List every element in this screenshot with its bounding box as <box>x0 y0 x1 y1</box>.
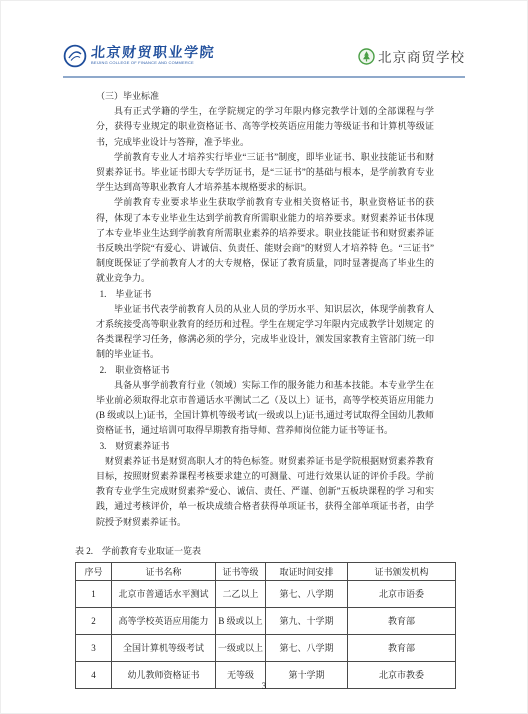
paragraph-certificate-requirements: 学前教育专业要求毕业生获取学前教育专业相关资格证书，职业资格证书的获得，体现了本… <box>96 195 434 286</box>
document-page: 北京财贸职业学院 BEIJING COLLEGE OF FINANCE AND … <box>0 0 528 714</box>
table-cell: 二乙以上 <box>216 580 266 607</box>
paragraph-vocational: 具备从事学前教育行业（领域）实际工作的服务能力和基本技能。本专业学生在毕业前必须… <box>96 378 434 439</box>
certificates-table: 序号 证书名称 证书等级 取证时间安排 证书颁发机构 1 北京市普通话水平测试 … <box>75 562 456 689</box>
table-cell: 高等学校英语应用能力 <box>112 607 216 634</box>
section-heading: （三）毕业标准 <box>96 89 434 104</box>
numbered-heading-caimao: 3. 财贸素养证书 <box>96 439 434 454</box>
table-cell: B 级或以上 <box>216 607 266 634</box>
numbered-heading-vocational: 2. 职业资格证书 <box>96 363 434 378</box>
table-cell: 2 <box>76 607 112 634</box>
table-cell: 1 <box>76 580 112 607</box>
table-header-row: 序号 证书名称 证书等级 取证时间安排 证书颁发机构 <box>76 562 456 580</box>
table-row: 2 高等学校英语应用能力 B 级或以上 第九、十学期 教育部 <box>76 607 456 634</box>
table-caption: 表 2. 学前教育专业取证一览表 <box>75 544 455 557</box>
table-cell: 北京市语委 <box>348 580 456 607</box>
page-header: 北京财贸职业学院 BEIJING COLLEGE OF FINANCE AND … <box>63 39 465 78</box>
college-logo-text: 北京财贸职业学院 BEIJING COLLEGE OF FINANCE AND … <box>91 46 297 66</box>
document-body: （三）毕业标准 具有正式学籍的学生，在学院规定的学习年限内修完教学计划的全部课程… <box>75 89 455 689</box>
table-header-cell: 证书颁发机构 <box>348 562 456 580</box>
table-row: 1 北京市普通话水平测试 二乙以上 第七、八学期 北京市语委 <box>76 580 456 607</box>
college-seal-icon <box>63 44 87 68</box>
paragraph-diploma: 毕业证书代表学前教育人员的从业人员的学历水平、知识层次，体现学前教育人才系统接受… <box>96 302 434 363</box>
table-cell: 第九、十学期 <box>266 607 348 634</box>
college-name-en: BEIJING COLLEGE OF FINANCE AND COMMERCE <box>91 61 317 64</box>
table-cell: 全国计算机等级考试 <box>112 634 216 661</box>
table-cell: 第七、八学期 <box>266 580 348 607</box>
table-cell: 北京市普通话水平测试 <box>112 580 216 607</box>
paragraph-three-certificates: 学前教育专业人才培养实行毕业“三证书”制度，即毕业证书、职业技能证书和财贸素养证… <box>96 150 434 196</box>
table-cell: 一级或以上 <box>216 634 266 661</box>
table-cell: 教育部 <box>348 634 456 661</box>
school-tree-icon <box>358 48 375 65</box>
table-header-cell: 证书等级 <box>216 562 266 580</box>
table-header-cell: 证书名称 <box>112 562 216 580</box>
page-number: 3 <box>262 681 267 691</box>
table-cell: 教育部 <box>348 607 456 634</box>
paragraph-graduation: 具有正式学籍的学生，在学院规定的学习年限内修完教学计划的全部课程与学分，获得专业… <box>96 104 434 150</box>
school-logo: 北京商贸学校 <box>358 46 465 66</box>
school-name: 北京商贸学校 <box>378 46 465 66</box>
table-row: 3 全国计算机等级考试 一级或以上 第七、八学期 教育部 <box>76 634 456 661</box>
college-logo: 北京财贸职业学院 BEIJING COLLEGE OF FINANCE AND … <box>63 44 297 68</box>
table-cell: 第七、八学期 <box>266 634 348 661</box>
paragraph-caimao: 财贸素养证书是财贸高职人才的特色标签。财贸素养证书是学院根据财贸素养教育目标，按… <box>96 454 434 530</box>
table-header-cell: 取证时间安排 <box>266 562 348 580</box>
numbered-heading-diploma: 1. 毕业证书 <box>96 287 434 302</box>
text-block: （三）毕业标准 具有正式学籍的学生，在学院规定的学习年限内修完教学计划的全部课程… <box>96 89 434 530</box>
table-cell: 3 <box>76 634 112 661</box>
college-name-cn: 北京财贸职业学院 <box>90 46 297 61</box>
table-header-cell: 序号 <box>76 562 112 580</box>
page-footer: 3 <box>1 681 527 691</box>
